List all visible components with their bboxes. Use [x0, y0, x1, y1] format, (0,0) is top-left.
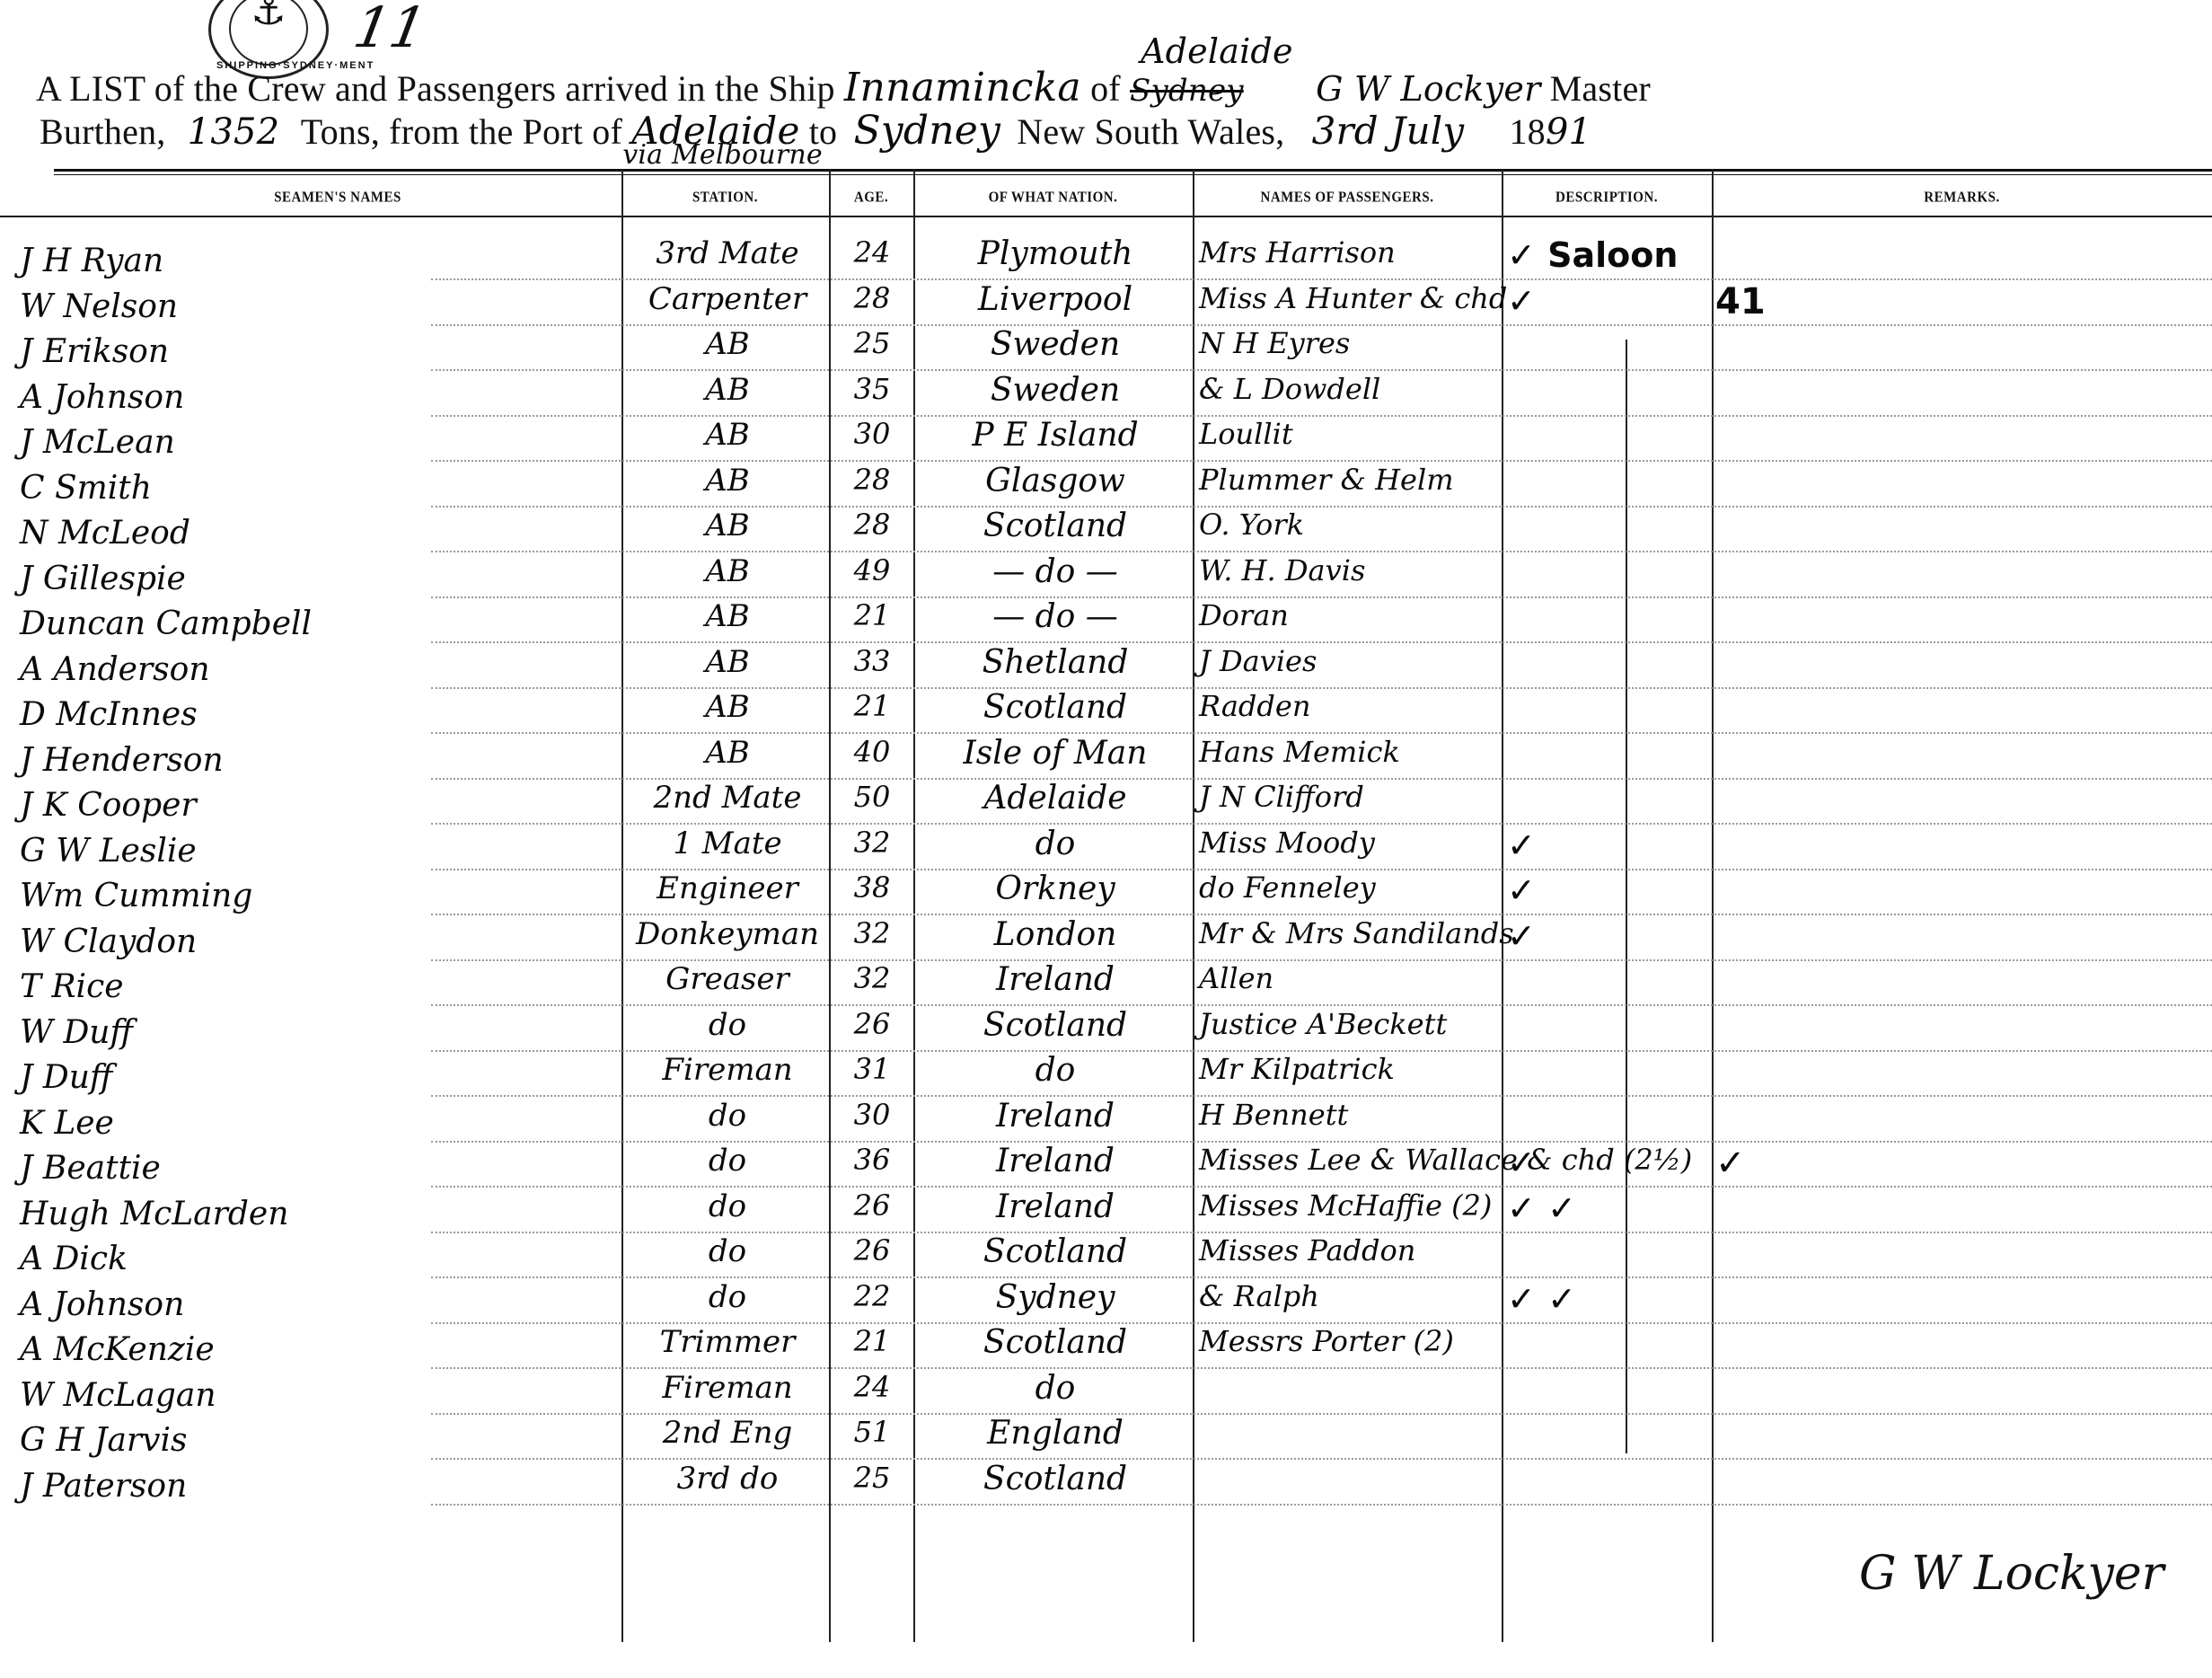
seaman-name: J H Ryan	[20, 243, 163, 279]
via-port: via Melbourne	[622, 139, 823, 171]
seaman-name: W Nelson	[20, 288, 178, 325]
passenger-name: Miss Moody	[1199, 826, 1500, 860]
seaman-name: J K Cooper	[20, 787, 197, 824]
age: 26	[833, 1233, 911, 1267]
station: Fireman	[629, 1052, 826, 1088]
passenger-name: & L Dowdell	[1199, 372, 1500, 406]
age: 28	[833, 281, 911, 315]
passenger-name: Mr & Mrs Sandilands	[1199, 916, 1500, 950]
passenger-name: O. York	[1199, 508, 1500, 542]
col-divider-remarks	[1712, 169, 1714, 1642]
age: 30	[833, 417, 911, 451]
ship-name: Innamincka	[844, 65, 1081, 110]
description: ✓	[1507, 1143, 1709, 1182]
station: Greaser	[629, 961, 826, 997]
col-head-description: DESCRIPTION.	[1502, 190, 1712, 208]
station: AB	[629, 689, 826, 725]
tons-label: Tons, from the Port of	[301, 111, 622, 152]
age: 24	[833, 235, 911, 269]
description: ✓	[1507, 916, 1709, 956]
station: AB	[629, 644, 826, 680]
station: do	[629, 1143, 826, 1179]
seaman-name: A Johnson	[20, 1286, 184, 1323]
to-port: Sydney	[853, 108, 1000, 154]
passenger-name: Miss A Hunter & chd	[1199, 281, 1500, 315]
passenger-name: Misses Lee & Wallace & chd (2½)	[1199, 1143, 1500, 1177]
arrival-date: 3rd July	[1312, 109, 1465, 153]
col-divider-age	[829, 169, 831, 1642]
station: 2nd Eng	[629, 1415, 826, 1451]
row-ruling	[431, 1504, 2212, 1506]
station: Engineer	[629, 870, 826, 906]
age: 38	[833, 870, 911, 905]
station: AB	[629, 326, 826, 362]
seaman-name: W Claydon	[20, 923, 197, 960]
master-label: Master	[1550, 68, 1651, 109]
col-divider-description	[1502, 169, 1503, 1642]
age: 26	[833, 1188, 911, 1223]
age: 22	[833, 1279, 911, 1313]
nation: — do —	[921, 598, 1190, 635]
remarks: 41	[1715, 281, 1766, 322]
age: 30	[833, 1098, 911, 1132]
nation: Ireland	[921, 961, 1190, 998]
station: do	[629, 1007, 826, 1043]
table-top-rule-thin	[54, 174, 2212, 175]
age: 21	[833, 689, 911, 723]
seaman-name: T Rice	[20, 968, 124, 1005]
nation: Scotland	[921, 508, 1190, 544]
passenger-name: Doran	[1199, 598, 1500, 632]
col-head-passengers: NAMES OF PASSENGERS.	[1193, 190, 1502, 208]
station: do	[629, 1188, 826, 1224]
age: 40	[833, 735, 911, 769]
passenger-name: do Fenneley	[1199, 870, 1500, 905]
nation: Scotland	[921, 1007, 1190, 1044]
seaman-name: J McLean	[20, 424, 175, 461]
nation: Scotland	[921, 1233, 1190, 1270]
col-head-nation: OF WHAT NATION.	[913, 190, 1193, 208]
header-line-1: A LIST of the Crew and Passengers arrive…	[36, 65, 1651, 110]
age: 28	[833, 463, 911, 497]
age: 25	[833, 326, 911, 360]
station: AB	[629, 553, 826, 589]
nation: Plymouth	[921, 235, 1190, 272]
nation: Ireland	[921, 1188, 1190, 1225]
header-prefix: A LIST of the Crew and Passengers arrive…	[36, 68, 835, 109]
description: ✓	[1507, 870, 1709, 910]
header-line-2: Burthen, 1352 Tons, from the Port of Ade…	[40, 108, 1591, 154]
description: ✓ ✓	[1507, 1279, 1709, 1319]
seaman-name: A Dick	[20, 1241, 128, 1277]
seaman-name: J Henderson	[20, 742, 224, 779]
passenger-name: H Bennett	[1199, 1098, 1500, 1132]
description: ✓ Saloon	[1507, 235, 1709, 275]
station: do	[629, 1233, 826, 1269]
station: do	[629, 1279, 826, 1315]
nation: do	[921, 1370, 1190, 1407]
nation: Ireland	[921, 1098, 1190, 1135]
description: ✓	[1507, 281, 1709, 321]
master-signature: G W Lockyer	[1859, 1547, 2164, 1601]
passenger-name: Messrs Porter (2)	[1199, 1324, 1500, 1358]
age: 25	[833, 1461, 911, 1495]
nation: Sweden	[921, 372, 1190, 409]
age: 32	[833, 826, 911, 860]
port-of-registry-struck: Sydney	[1130, 73, 1244, 109]
nation: Isle of Man	[921, 735, 1190, 772]
passenger-name: Radden	[1199, 689, 1500, 723]
col-head-station: STATION.	[621, 190, 829, 208]
nsw-label: New South Wales,	[1017, 111, 1284, 152]
nation: Scotland	[921, 1461, 1190, 1497]
nation: Liverpool	[921, 281, 1190, 318]
station: do	[629, 1098, 826, 1134]
age: 21	[833, 598, 911, 632]
tonnage: 1352	[188, 111, 280, 153]
col-divider-station	[621, 169, 623, 1642]
age: 24	[833, 1370, 911, 1404]
nation: P E Island	[921, 417, 1190, 454]
passenger-name: W. H. Davis	[1199, 553, 1500, 587]
seaman-name: W McLagan	[20, 1377, 216, 1414]
seaman-name: A Anderson	[20, 651, 210, 688]
anchor-icon: ⚓	[211, 0, 326, 34]
port-of-registry: Adelaide	[1141, 31, 1293, 71]
nation: Orkney	[921, 870, 1190, 907]
col-divider-nation	[913, 169, 915, 1642]
seaman-name: A McKenzie	[20, 1331, 215, 1368]
age: 31	[833, 1052, 911, 1086]
passenger-name: Loullit	[1199, 417, 1500, 451]
age: 32	[833, 916, 911, 950]
station: Trimmer	[629, 1324, 826, 1360]
seaman-name: W Duff	[20, 1014, 133, 1051]
seaman-name: K Lee	[20, 1105, 114, 1142]
year-printed: 18	[1509, 111, 1545, 152]
col-head-seamen: SEAMEN'S NAMES	[54, 190, 621, 208]
nation: do	[921, 826, 1190, 862]
passenger-name: J Davies	[1199, 644, 1500, 678]
nation: London	[921, 916, 1190, 953]
seaman-name: J Duff	[20, 1059, 112, 1096]
nation: Ireland	[921, 1143, 1190, 1179]
remarks: ✓	[1715, 1143, 1746, 1184]
station: AB	[629, 598, 826, 634]
description: ✓	[1507, 826, 1709, 865]
year-written: 91	[1546, 111, 1591, 153]
passenger-name: Hans Memick	[1199, 735, 1500, 769]
station: Carpenter	[629, 281, 826, 317]
passenger-name: N H Eyres	[1199, 326, 1500, 360]
col-divider-passengers	[1193, 169, 1194, 1642]
table-top-rule	[54, 169, 2212, 172]
seaman-name: J Gillespie	[20, 561, 186, 597]
passenger-name: Misses Paddon	[1199, 1233, 1500, 1267]
nation: Sweden	[921, 326, 1190, 363]
seaman-name: N McLeod	[20, 515, 190, 552]
age: 26	[833, 1007, 911, 1041]
station: 2nd Mate	[629, 780, 826, 816]
nation: — do —	[921, 553, 1190, 590]
station: AB	[629, 417, 826, 453]
seaman-name: C Smith	[20, 470, 152, 507]
nation: Scotland	[921, 689, 1190, 726]
seaman-name: J Erikson	[20, 333, 169, 370]
age: 33	[833, 644, 911, 678]
passenger-name: J N Clifford	[1199, 780, 1500, 814]
burthen-label: Burthen,	[40, 111, 165, 152]
age: 36	[833, 1143, 911, 1177]
passenger-name: Justice A'Beckett	[1199, 1007, 1500, 1041]
age: 51	[833, 1415, 911, 1449]
station: 1 Mate	[629, 826, 826, 861]
seaman-name: J Beattie	[20, 1150, 161, 1187]
nation: England	[921, 1415, 1190, 1452]
age: 49	[833, 553, 911, 587]
passenger-name: Plummer & Helm	[1199, 463, 1500, 497]
nation: Shetland	[921, 644, 1190, 681]
station: 3rd do	[629, 1461, 826, 1497]
col-head-age: AGE.	[829, 190, 913, 208]
passenger-name: & Ralph	[1199, 1279, 1500, 1313]
station: AB	[629, 463, 826, 499]
nation: do	[921, 1052, 1190, 1089]
nation: Adelaide	[921, 780, 1190, 817]
passenger-name: Misses McHaffie (2)	[1199, 1188, 1500, 1223]
of-label: of	[1090, 68, 1121, 109]
station: AB	[629, 508, 826, 543]
header-bottom-rule	[0, 216, 2212, 217]
seaman-name: G W Leslie	[20, 833, 197, 870]
seaman-name: Duncan Campbell	[20, 605, 312, 642]
passenger-name: Mrs Harrison	[1199, 235, 1500, 269]
passenger-name: Mr Kilpatrick	[1199, 1052, 1500, 1086]
station: 3rd Mate	[629, 235, 826, 271]
description: ✓ ✓	[1507, 1188, 1709, 1228]
seaman-name: D McInnes	[20, 696, 198, 733]
seaman-name: A Johnson	[20, 379, 184, 416]
seaman-name: Hugh McLarden	[20, 1196, 288, 1232]
age: 28	[833, 508, 911, 542]
station: Fireman	[629, 1370, 826, 1406]
station: AB	[629, 372, 826, 408]
seaman-name: J Paterson	[20, 1468, 187, 1505]
seaman-name: G H Jarvis	[20, 1422, 187, 1459]
nation: Glasgow	[921, 463, 1190, 499]
nation: Scotland	[921, 1324, 1190, 1361]
station: AB	[629, 735, 826, 771]
folio-mark: 11	[349, 0, 432, 60]
seaman-name: Wm Cumming	[20, 878, 252, 914]
station: Donkeyman	[629, 916, 826, 952]
age: 21	[833, 1324, 911, 1358]
age: 50	[833, 780, 911, 814]
passenger-name: Allen	[1199, 961, 1500, 995]
age: 32	[833, 961, 911, 995]
col-head-remarks: REMARKS.	[1712, 190, 2212, 208]
age: 35	[833, 372, 911, 406]
nation: Sydney	[921, 1279, 1190, 1316]
master-name: G W Lockyer	[1316, 69, 1540, 109]
